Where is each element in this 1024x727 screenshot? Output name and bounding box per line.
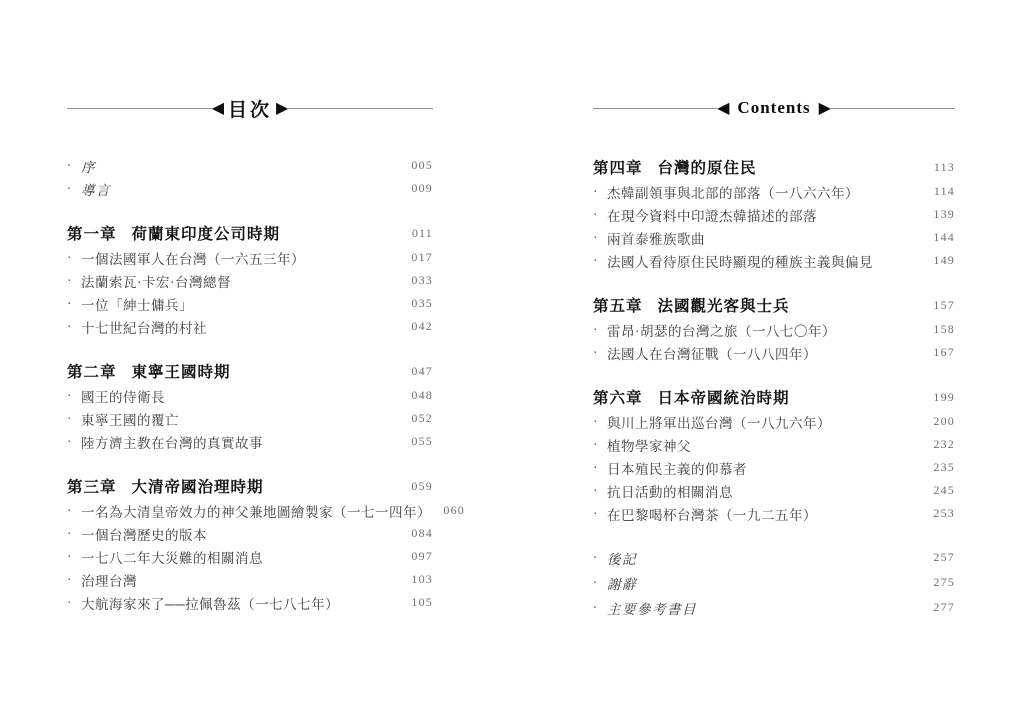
- toc-entry-row: ·植物學家神父232: [593, 433, 955, 456]
- toc-entry-row: ·陸方濟主教在台灣的真實故事055: [67, 430, 433, 453]
- toc-entry-row: ·杰韓副領事與北部的部落（一八六六年）114: [593, 180, 955, 203]
- toc-header-right: ◀ Contents ▶: [593, 96, 955, 120]
- bullet-dot-icon: ·: [593, 230, 607, 246]
- toc-entry-row: ·法國人看待原住民時顯現的種族主義與偏見149: [593, 249, 955, 272]
- chapter-page-number: 199: [929, 390, 955, 405]
- bullet-dot-icon: ·: [67, 503, 81, 519]
- toc-entry-label: 在現今資料中印證杰韓描述的部落: [607, 205, 817, 225]
- toc-entry-row: ·一個法國軍人在台灣（一六五三年）017: [67, 246, 433, 269]
- toc-section: 第六章日本帝國統治時期199·與川上將軍出巡台灣（一八九六年）200·植物學家神…: [593, 384, 955, 525]
- left-triangle-icon: ◀: [212, 100, 224, 116]
- bullet-dot-icon: ·: [593, 414, 607, 430]
- toc-entry-label: 抗日活動的相關消息: [607, 481, 733, 501]
- chapter-number: 第一章: [67, 222, 117, 244]
- toc-entry-row: ·一位「紳士傭兵」035: [67, 292, 433, 315]
- toc-entry-row: ·法蘭索瓦·卡宏·台灣總督033: [67, 269, 433, 292]
- toc-entry-page-number: 114: [929, 184, 955, 199]
- bullet-dot-icon: ·: [593, 253, 607, 269]
- toc-entry-label: 十七世紀台灣的村社: [81, 317, 207, 337]
- toc-page-left: ◀ 目次 ▶ ·序005·導言009第一章荷蘭東印度公司時期011·一個法國軍人…: [67, 0, 433, 614]
- toc-entry-page-number: 257: [929, 550, 955, 565]
- toc-entry-page-number: 033: [407, 273, 433, 288]
- bullet-dot-icon: ·: [67, 595, 81, 611]
- chapter-title: 日本帝國統治時期: [658, 386, 790, 408]
- toc-back-matter: ·後記257·謝辭275·主要參考書目277: [593, 545, 955, 620]
- chapter-title-row: 第四章台灣的原住民113: [593, 154, 955, 180]
- toc-entry-label: 法蘭索瓦·卡宏·台灣總督: [81, 271, 231, 291]
- toc-entry-page-number: 042: [407, 319, 433, 334]
- chapter-page-number: 157: [929, 298, 955, 313]
- toc-entry-page-number: 009: [407, 181, 433, 196]
- toc-entry-page-number: 275: [929, 575, 955, 590]
- right-triangle-icon: ▶: [819, 100, 831, 116]
- toc-entry-label: 雷昂·胡瑟的台灣之旅（一八七〇年）: [607, 320, 836, 340]
- right-triangle-icon: ▶: [276, 100, 288, 116]
- left-triangle-icon: ◀: [717, 100, 729, 116]
- bullet-dot-icon: ·: [593, 575, 607, 591]
- toc-entry-page-number: 084: [407, 526, 433, 541]
- toc-entry-label: 與川上將軍出巡台灣（一八九六年）: [607, 412, 831, 432]
- toc-entry-page-number: 149: [929, 253, 955, 268]
- bullet-dot-icon: ·: [67, 434, 81, 450]
- toc-entry-label: 在巴黎喝杯台灣茶（一九二五年）: [607, 504, 817, 524]
- toc-entry-label: 法國人看待原住民時顯現的種族主義與偏見: [607, 251, 873, 271]
- bullet-dot-icon: ·: [67, 411, 81, 427]
- toc-entry-label: 一位「紳士傭兵」: [81, 294, 193, 314]
- toc-entry-page-number: 055: [407, 434, 433, 449]
- bullet-dot-icon: ·: [67, 181, 81, 197]
- toc-entry-row: ·東寧王國的覆亡052: [67, 407, 433, 430]
- toc-entry-label: 大航海家來了──拉佩魯茲（一七八七年）: [81, 593, 339, 613]
- bullet-dot-icon: ·: [593, 506, 607, 522]
- bullet-dot-icon: ·: [67, 526, 81, 542]
- chapter-number: 第五章: [593, 294, 643, 316]
- chapter-page-number: 059: [407, 479, 433, 494]
- toc-entry-page-number: 105: [407, 595, 433, 610]
- header-rule-left: [67, 108, 212, 109]
- chapter-title: 荷蘭東印度公司時期: [132, 222, 281, 244]
- toc-entry-page-number: 035: [407, 296, 433, 311]
- toc-entry-row: ·主要參考書目277: [593, 595, 955, 620]
- bullet-dot-icon: ·: [593, 345, 607, 361]
- toc-entry-label: 杰韓副領事與北部的部落（一八六六年）: [607, 182, 859, 202]
- chapter-title: 東寧王國時期: [132, 360, 231, 382]
- toc-entry-page-number: 232: [929, 437, 955, 452]
- toc-entry-label: 陸方濟主教在台灣的真實故事: [81, 432, 263, 452]
- toc-entry-row: ·與川上將軍出巡台灣（一八九六年）200: [593, 410, 955, 433]
- toc-title-latin: Contents: [733, 98, 814, 118]
- toc-section: 第一章荷蘭東印度公司時期011·一個法國軍人在台灣（一六五三年）017·法蘭索瓦…: [67, 220, 433, 338]
- bullet-dot-icon: ·: [67, 549, 81, 565]
- toc-entry-page-number: 103: [407, 572, 433, 587]
- toc-header-left: ◀ 目次 ▶: [67, 96, 433, 120]
- toc-entry-row: ·序005: [67, 154, 433, 177]
- toc-entry-label: 一個法國軍人在台灣（一六五三年）: [81, 248, 305, 268]
- toc-entry-row: ·國王的侍衛長048: [67, 384, 433, 407]
- chapter-page-number: 011: [407, 226, 433, 241]
- toc-entry-label: 東寧王國的覆亡: [81, 409, 179, 429]
- chapter-title-row: 第二章東寧王國時期047: [67, 358, 433, 384]
- bullet-dot-icon: ·: [593, 460, 607, 476]
- toc-entry-row: ·雷昂·胡瑟的台灣之旅（一八七〇年）158: [593, 318, 955, 341]
- chapter-title: 大清帝國治理時期: [132, 475, 264, 497]
- toc-entry-row: ·一個台灣歷史的版本084: [67, 522, 433, 545]
- chapter-number: 第二章: [67, 360, 117, 382]
- bullet-dot-icon: ·: [593, 437, 607, 453]
- toc-entry-row: ·後記257: [593, 545, 955, 570]
- toc-entry-page-number: 048: [407, 388, 433, 403]
- toc-entry-page-number: 005: [407, 158, 433, 173]
- chapter-number: 第三章: [67, 475, 117, 497]
- toc-entry-page-number: 235: [929, 460, 955, 475]
- toc-entry-label: 法國人在台灣征戰（一八八四年）: [607, 343, 817, 363]
- toc-page-right: ◀ Contents ▶ 第四章台灣的原住民113·杰韓副領事與北部的部落（一八…: [593, 0, 955, 620]
- header-rule-left: [593, 108, 717, 109]
- toc-entry-page-number: 167: [929, 345, 955, 360]
- toc-entry-row: ·十七世紀台灣的村社042: [67, 315, 433, 338]
- toc-entry-page-number: 245: [929, 483, 955, 498]
- toc-entry-row: ·謝辭275: [593, 570, 955, 595]
- chapter-page-number: 047: [407, 364, 433, 379]
- toc-entry-page-number: 144: [929, 230, 955, 245]
- chapter-title: 台灣的原住民: [658, 156, 757, 178]
- bullet-dot-icon: ·: [67, 296, 81, 312]
- bullet-dot-icon: ·: [67, 319, 81, 335]
- toc-entry-row: ·兩首泰雅族歌曲144: [593, 226, 955, 249]
- toc-entry-page-number: 139: [929, 207, 955, 222]
- chapter-number: 第六章: [593, 386, 643, 408]
- header-rule-right: [288, 108, 433, 109]
- header-rule-right: [831, 108, 955, 109]
- toc-entry-label: 治理台灣: [81, 570, 137, 590]
- toc-entry-page-number: 200: [929, 414, 955, 429]
- toc-entry-label: 日本殖民主義的仰慕者: [607, 458, 747, 478]
- chapter-title-row: 第一章荷蘭東印度公司時期011: [67, 220, 433, 246]
- chapter-title-row: 第五章法國觀光客與士兵157: [593, 292, 955, 318]
- bullet-dot-icon: ·: [67, 158, 81, 174]
- toc-entry-row: ·法國人在台灣征戰（一八八四年）167: [593, 341, 955, 364]
- bullet-dot-icon: ·: [593, 207, 607, 223]
- bullet-dot-icon: ·: [67, 250, 81, 266]
- toc-content: ·序005·導言009第一章荷蘭東印度公司時期011·一個法國軍人在台灣（一六五…: [67, 154, 433, 614]
- bullet-dot-icon: ·: [593, 322, 607, 338]
- toc-entry-label: 國王的侍衛長: [81, 386, 165, 406]
- bullet-dot-icon: ·: [593, 600, 607, 616]
- chapter-title-row: 第三章大清帝國治理時期059: [67, 473, 433, 499]
- toc-section: 第五章法國觀光客與士兵157·雷昂·胡瑟的台灣之旅（一八七〇年）158·法國人在…: [593, 292, 955, 364]
- bullet-dot-icon: ·: [67, 572, 81, 588]
- toc-entry-row: ·日本殖民主義的仰慕者235: [593, 456, 955, 479]
- toc-entry-row: ·一七八二年大災難的相關消息097: [67, 545, 433, 568]
- toc-entry-label: 兩首泰雅族歌曲: [607, 228, 705, 248]
- toc-section: 第四章台灣的原住民113·杰韓副領事與北部的部落（一八六六年）114·在現今資料…: [593, 154, 955, 272]
- toc-entry-label: 序: [81, 156, 96, 176]
- toc-content: 第四章台灣的原住民113·杰韓副領事與北部的部落（一八六六年）114·在現今資料…: [593, 154, 955, 620]
- toc-entry-page-number: 097: [407, 549, 433, 564]
- toc-entry-label: 一七八二年大災難的相關消息: [81, 547, 263, 567]
- bullet-dot-icon: ·: [593, 184, 607, 200]
- book-toc-spread: ◀ 目次 ▶ ·序005·導言009第一章荷蘭東印度公司時期011·一個法國軍人…: [0, 0, 1024, 727]
- toc-title-cjk: 目次: [228, 95, 272, 122]
- bullet-dot-icon: ·: [593, 550, 607, 566]
- chapter-title: 法國觀光客與士兵: [658, 294, 790, 316]
- toc-entry-row: ·導言009: [67, 177, 433, 200]
- toc-entry-label: 謝辭: [607, 573, 637, 593]
- toc-entry-page-number: 158: [929, 322, 955, 337]
- bullet-dot-icon: ·: [67, 273, 81, 289]
- toc-entry-page-number: 277: [929, 600, 955, 615]
- toc-entry-label: 導言: [81, 179, 111, 199]
- toc-entry-label: 後記: [607, 548, 637, 568]
- bullet-dot-icon: ·: [67, 388, 81, 404]
- toc-entry-row: ·在巴黎喝杯台灣茶（一九二五年）253: [593, 502, 955, 525]
- toc-entry-page-number: 052: [407, 411, 433, 426]
- toc-entry-label: 一名為大清皇帝效力的神父兼地圖繪製家（一七一四年）: [81, 501, 431, 521]
- toc-entry-row: ·大航海家來了──拉佩魯茲（一七八七年）105: [67, 591, 433, 614]
- toc-entry-label: 主要參考書目: [607, 598, 697, 618]
- toc-entry-row: ·治理台灣103: [67, 568, 433, 591]
- toc-section: 第二章東寧王國時期047·國王的侍衛長048·東寧王國的覆亡052·陸方濟主教在…: [67, 358, 433, 453]
- toc-entry-label: 植物學家神父: [607, 435, 691, 455]
- toc-entry-page-number: 017: [407, 250, 433, 265]
- toc-entry-label: 一個台灣歷史的版本: [81, 524, 207, 544]
- toc-entry-row: ·一名為大清皇帝效力的神父兼地圖繪製家（一七一四年）060: [67, 499, 433, 522]
- toc-entry-page-number: 253: [929, 506, 955, 521]
- bullet-dot-icon: ·: [593, 483, 607, 499]
- toc-entry-page-number: 060: [439, 503, 465, 518]
- toc-section: 第三章大清帝國治理時期059·一名為大清皇帝效力的神父兼地圖繪製家（一七一四年）…: [67, 473, 433, 614]
- chapter-page-number: 113: [929, 160, 955, 175]
- toc-entry-row: ·在現今資料中印證杰韓描述的部落139: [593, 203, 955, 226]
- chapter-number: 第四章: [593, 156, 643, 178]
- chapter-title-row: 第六章日本帝國統治時期199: [593, 384, 955, 410]
- toc-entry-row: ·抗日活動的相關消息245: [593, 479, 955, 502]
